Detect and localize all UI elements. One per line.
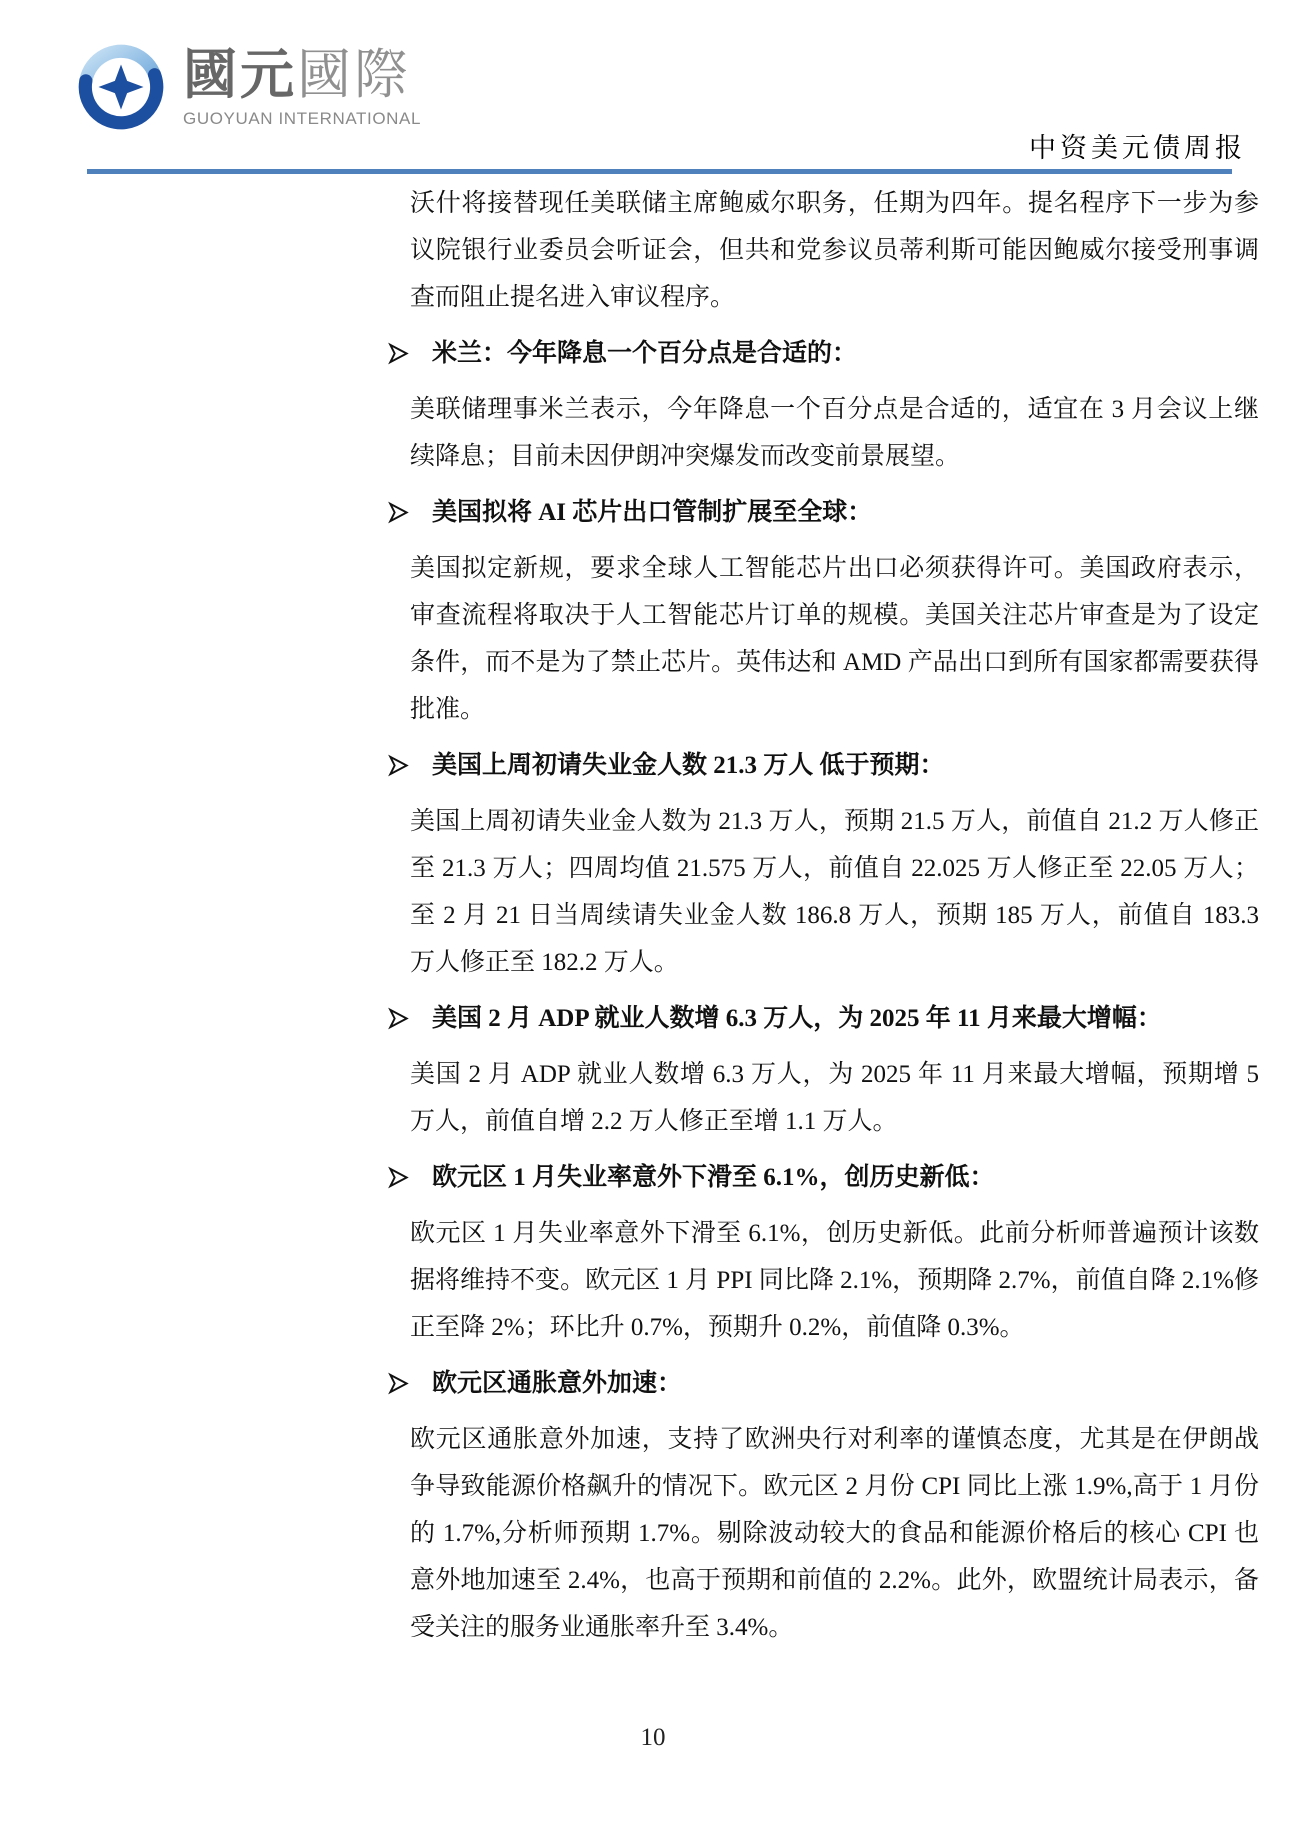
section-heading: 美国 2 月 ADP 就业人数增 6.3 万人，为 2025 年 11 月来最大… [386, 995, 1259, 1042]
section-heading-text: 欧元区通胀意外加速： [432, 1360, 1259, 1407]
report-title-label: 中资美元债周报 [1029, 126, 1246, 165]
logo-chinese-name-secondary: 國際 [297, 45, 411, 105]
section-heading-text: 米兰：今年降息一个百分点是合适的： [432, 330, 1259, 377]
arrow-bullet-icon [386, 995, 432, 1031]
body-paragraph: 美国上周初请失业金人数为 21.3 万人，预期 21.5 万人，前值自 21.2… [410, 798, 1259, 986]
arrow-bullet-icon [386, 1360, 432, 1396]
logo-chinese-name: 國元國際 [183, 45, 411, 105]
body-paragraph: 美国 2 月 ADP 就业人数增 6.3 万人，为 2025 年 11 月来最大… [410, 1051, 1259, 1145]
arrow-bullet-icon [386, 489, 432, 525]
arrow-bullet-icon [386, 1154, 432, 1190]
report-body: 沃什将接替现任美联储主席鲍威尔职务，任期为四年。提名程序下一步为参议院银行业委员… [410, 180, 1259, 1660]
body-paragraph: 沃什将接替现任美联储主席鲍威尔职务，任期为四年。提名程序下一步为参议院银行业委员… [410, 180, 1259, 321]
section-heading-text: 美国 2 月 ADP 就业人数增 6.3 万人，为 2025 年 11 月来最大… [432, 995, 1259, 1042]
section-heading-text: 欧元区 1 月失业率意外下滑至 6.1%，创历史新低： [432, 1154, 1259, 1201]
body-paragraph: 欧元区 1 月失业率意外下滑至 6.1%，创历史新低。此前分析师普遍预计该数据将… [410, 1210, 1259, 1351]
body-paragraph: 欧元区通胀意外加速，支持了欧洲央行对利率的谨慎态度，尤其是在伊朗战争导致能源价格… [410, 1416, 1259, 1651]
section-heading: 欧元区 1 月失业率意外下滑至 6.1%，创历史新低： [386, 1154, 1259, 1201]
logo-chinese-name-primary: 國元 [183, 45, 297, 105]
page-number: 10 [0, 1724, 1306, 1752]
logo-text-block: 國元國際 GUOYUAN INTERNATIONAL [183, 40, 421, 129]
section-heading-text: 美国拟将 AI 芯片出口管制扩展至全球： [432, 489, 1259, 536]
report-page: 國元國際 GUOYUAN INTERNATIONAL 中资美元债周报 沃什将接替… [0, 0, 1306, 1847]
section-heading-text: 美国上周初请失业金人数 21.3 万人 低于预期： [432, 742, 1259, 789]
body-paragraph: 美联储理事米兰表示，今年降息一个百分点是合适的，适宜在 3 月会议上继续降息；目… [410, 386, 1259, 480]
header-divider-rule [87, 169, 1232, 174]
body-paragraph: 美国拟定新规，要求全球人工智能芯片出口必须获得许可。美国政府表示，审查流程将取决… [410, 545, 1259, 733]
arrow-bullet-icon [386, 742, 432, 778]
section-heading: 美国上周初请失业金人数 21.3 万人 低于预期： [386, 742, 1259, 789]
section-heading: 欧元区通胀意外加速： [386, 1360, 1259, 1407]
company-logo: 國元國際 GUOYUAN INTERNATIONAL [74, 40, 421, 134]
logo-english-name: GUOYUAN INTERNATIONAL [183, 109, 421, 129]
arrow-bullet-icon [386, 330, 432, 366]
guoyuan-logo-icon [74, 40, 168, 134]
section-heading: 米兰：今年降息一个百分点是合适的： [386, 330, 1259, 377]
section-heading: 美国拟将 AI 芯片出口管制扩展至全球： [386, 489, 1259, 536]
